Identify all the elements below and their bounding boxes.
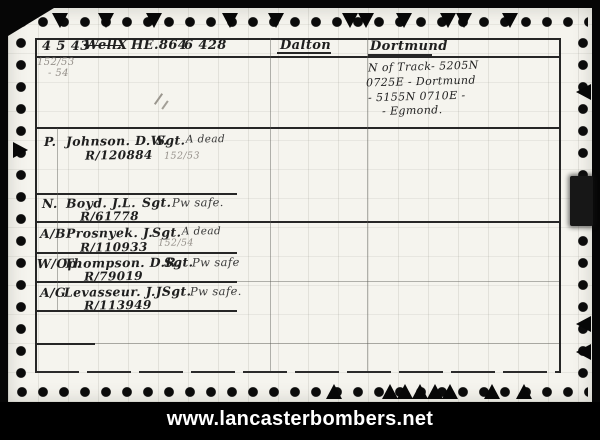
perforation-wedge [502, 13, 518, 28]
perforation-wedge [456, 13, 472, 28]
crew-position: P. [44, 134, 57, 149]
crew-service-number: R/110933 [80, 240, 148, 255]
squadron-unit: 6 428 [184, 38, 227, 53]
perforation-wedge [427, 384, 443, 399]
crew-service-number: R/79019 [84, 269, 143, 284]
crew-fate: A dead [186, 133, 225, 145]
crew-service-number: R/61778 [80, 209, 139, 224]
crew-fate: A dead [182, 225, 221, 237]
crew-rank: Sgt. [142, 195, 172, 210]
crew-fate: Pw safe. [190, 284, 242, 299]
sortie-date: 4 5 43 [42, 39, 90, 54]
perforation-wedge [397, 384, 413, 399]
perforation-wedge [52, 13, 68, 28]
table-rule [35, 343, 560, 344]
perforation-wedge [516, 384, 532, 399]
crew-photo-note: 152/53 [164, 150, 200, 161]
crew-position: N. [42, 196, 58, 211]
perforation-wedge [576, 316, 591, 332]
table-rule [559, 38, 561, 373]
crew-service-number: R/113949 [84, 298, 152, 313]
table-rule [35, 371, 560, 373]
table-rule [35, 343, 95, 345]
route-note-line4: - Egmond. [382, 103, 443, 118]
crew-name: Johnson. D.W. [66, 133, 168, 149]
base-name: Dalton [280, 38, 331, 53]
crew-row-pilot: P. Johnson. D.W. Sgt. A dead R/120884 15… [0, 132, 280, 169]
aircraft-mark: X [117, 38, 128, 53]
crew-name: Prosnyek. J. [66, 225, 153, 241]
perforation-wedge [412, 384, 428, 399]
table-rule [35, 127, 560, 129]
aircraft-serial: HE.864 [131, 38, 187, 53]
route-note-line3: - 5155N 0710E - [368, 89, 466, 105]
scan-artifact [570, 176, 593, 226]
photo-ref-line1: 152/53 [37, 57, 75, 68]
perforation-wedge [576, 344, 591, 360]
crew-fate: Pw safe. [172, 195, 224, 210]
target-name: Dortmund [370, 39, 448, 54]
underline [368, 54, 432, 56]
crew-service-number: R/120884 [85, 148, 153, 163]
perforation-wedge [396, 13, 412, 28]
perforation-wedge [442, 384, 458, 399]
crew-photo-note: 152/54 [158, 237, 194, 248]
photo-ref-line2: - 54 [48, 68, 69, 79]
film-frame: 4 5 43 Well. X HE.864 6 428 Dalton Dortm… [0, 0, 600, 440]
crew-fate: Pw safe [192, 255, 240, 270]
crew-rank: Sgt. [156, 133, 186, 148]
film-corner-notch [8, 8, 54, 36]
perforation-wedge [484, 384, 500, 399]
perforation-wedge [358, 13, 374, 28]
perforation-wedge [440, 13, 456, 28]
crew-position: A/G [40, 285, 66, 300]
perforation-wedge [146, 13, 162, 28]
crew-rank: Sgt. [164, 254, 194, 269]
table-rule [237, 281, 560, 282]
perforation-wedge [98, 13, 114, 28]
table-rule [35, 56, 560, 58]
perforation-wedge [326, 384, 342, 399]
perforation-wedge [382, 384, 398, 399]
perforation-wedge [222, 13, 238, 28]
crew-rank: Sgt. [162, 283, 192, 298]
perforation-wedge [342, 13, 358, 28]
crew-position: A/B [40, 226, 66, 241]
website-url: www.lancasterbombers.net [0, 408, 600, 431]
perforation-wedge [268, 13, 284, 28]
crew-row-air-gunner: A/G Levasseur. J.J. Sgt. Pw safe. R/1139… [0, 283, 280, 320]
perforation-wedge [576, 84, 591, 100]
